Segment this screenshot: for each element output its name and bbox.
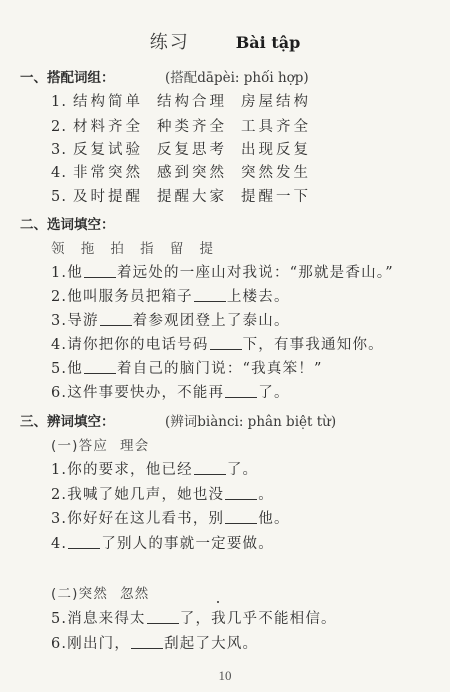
phrase: 及时提醒	[73, 185, 157, 206]
answer-blank[interactable]	[194, 460, 226, 475]
sentence-before: 他叫服务员把箱子	[67, 289, 193, 305]
row-number: 5.	[51, 189, 73, 205]
sentence-after: 了。	[258, 385, 289, 401]
row-number: 2.	[51, 119, 73, 135]
answer-blank[interactable]	[194, 287, 226, 302]
item-number: 6.	[51, 636, 67, 652]
sentence-before: 刚出门，	[67, 636, 130, 652]
item-number: 5.	[51, 611, 67, 627]
title-vietnamese: Bài tập	[236, 33, 300, 52]
page-number: 10	[0, 668, 450, 684]
sentence-after: 。	[258, 487, 274, 503]
row-number: 3.	[51, 142, 73, 158]
item-number: 5.	[51, 361, 67, 377]
section3-heading: 三、辨词填空： (辨词biànci: phân biệt từ)	[20, 410, 115, 430]
distinguish-item-1: 1.你的要求，他已经了。	[51, 458, 258, 479]
phrase: 工具齐全	[241, 115, 325, 136]
sentence-before: 消息来得太	[67, 611, 146, 627]
answer-blank[interactable]	[131, 634, 163, 649]
answer-blank[interactable]	[210, 335, 242, 350]
distinguish-item-6: 6.刚出门，刮起了大风。	[51, 632, 258, 653]
sentence-after: 下，有事我通知你。	[243, 337, 384, 353]
word-bank: 领拖拍指留提	[51, 237, 229, 257]
word-option: 指	[140, 237, 155, 257]
answer-blank[interactable]	[225, 509, 257, 524]
phrase: 结构简单	[73, 90, 157, 111]
phrase: 感到突然	[157, 161, 241, 182]
fill-item-1: 1.他着远处的一座山对我说：“那就是香山。”	[51, 261, 394, 282]
sentence-after: 上楼去。	[227, 289, 290, 305]
print-speck	[217, 601, 219, 603]
sentence-before: 他	[67, 361, 83, 377]
phrase: 反复思考	[157, 138, 241, 159]
phrase-row-5: 5.及时提醒提醒大家提醒一下	[51, 185, 325, 206]
fill-item-2: 2.他叫服务员把箱子上楼去。	[51, 285, 290, 306]
answer-blank[interactable]	[84, 359, 116, 374]
sentence-before: 他	[67, 265, 83, 281]
phrase: 房屋结构	[241, 90, 325, 111]
phrase-row-1: 1.结构简单结构合理房屋结构	[51, 90, 325, 111]
answer-blank[interactable]	[68, 534, 100, 549]
group-word-1: (一)答应	[51, 438, 108, 454]
answer-blank[interactable]	[100, 311, 132, 326]
section2-heading-text: 二、选词填空：	[20, 217, 115, 233]
group-word-2: 忽然	[120, 586, 149, 602]
item-number: 1.	[51, 265, 67, 281]
item-number: 4.	[51, 536, 67, 552]
sentence-before: 你好好在这儿看书，别	[67, 511, 224, 527]
answer-blank[interactable]	[225, 485, 257, 500]
section3-heading-text: 三、辨词填空：	[20, 414, 115, 430]
item-number: 4.	[51, 337, 67, 353]
section3-note: (辨词biànci: phân biệt từ)	[165, 410, 336, 430]
sentence-after: 着远处的一座山对我说：“那就是香山。”	[117, 265, 394, 281]
title-chinese: 练习	[150, 32, 190, 53]
section2-heading: 二、选词填空：	[20, 213, 115, 233]
word-option: 领	[51, 237, 66, 257]
group2-label: (二)突然忽然	[51, 582, 149, 602]
fill-item-6: 6.这件事要快办，不能再了。	[51, 381, 290, 402]
word-option: 拖	[81, 237, 96, 257]
answer-blank[interactable]	[84, 263, 116, 278]
item-number: 6.	[51, 385, 67, 401]
sentence-after: 着参观团登上了泰山。	[133, 313, 290, 329]
sentence-after: 了别人的事就一定要做。	[101, 536, 274, 552]
answer-blank[interactable]	[147, 609, 179, 624]
fill-item-3: 3.导游着参观团登上了泰山。	[51, 309, 290, 330]
textbook-page: 练习 Bài tập 一、搭配词组： (搭配dāpèi: phối hợp) 1…	[0, 0, 450, 692]
page-title: 练习 Bài tập	[0, 28, 450, 54]
section1-heading-text: 一、搭配词组：	[20, 70, 115, 86]
item-number: 1.	[51, 462, 67, 478]
section1-note: (搭配dāpèi: phối hợp)	[165, 66, 309, 86]
phrase: 出现反复	[241, 138, 325, 159]
group-word-2: 理会	[120, 438, 149, 454]
group1-label: (一)答应理会	[51, 434, 149, 454]
phrase: 提醒大家	[157, 185, 241, 206]
phrase: 非常突然	[73, 161, 157, 182]
fill-item-5: 5.他着自己的脑门说：“我真笨！”	[51, 357, 323, 378]
row-number: 1.	[51, 94, 73, 110]
phrase: 反复试验	[73, 138, 157, 159]
sentence-before: 这件事要快办，不能再	[67, 385, 224, 401]
distinguish-item-2: 2.我喊了她几声，她也没。	[51, 483, 274, 504]
item-number: 3.	[51, 511, 67, 527]
phrase: 材料齐全	[73, 115, 157, 136]
fill-item-4: 4.请你把你的电话号码下，有事我通知你。	[51, 333, 384, 354]
sentence-before: 导游	[67, 313, 98, 329]
sentence-before: 我喊了她几声，她也没	[67, 487, 224, 503]
word-option: 提	[200, 237, 215, 257]
answer-blank[interactable]	[225, 383, 257, 398]
distinguish-item-5: 5.消息来得太了，我几乎不能相信。	[51, 607, 337, 628]
phrase-row-4: 4.非常突然感到突然突然发生	[51, 161, 325, 182]
phrase: 提醒一下	[241, 185, 325, 206]
row-number: 4.	[51, 165, 73, 181]
phrase: 突然发生	[241, 161, 325, 182]
distinguish-item-4: 4.了别人的事就一定要做。	[51, 532, 274, 553]
sentence-after: 着自己的脑门说：“我真笨！”	[117, 361, 323, 377]
item-number: 2.	[51, 289, 67, 305]
phrase-row-3: 3.反复试验反复思考出现反复	[51, 138, 325, 159]
phrase: 种类齐全	[157, 115, 241, 136]
section1-heading: 一、搭配词组： (搭配dāpèi: phối hợp)	[20, 66, 115, 86]
sentence-after: 刮起了大风。	[164, 636, 258, 652]
distinguish-item-3: 3.你好好在这儿看书，别他。	[51, 507, 290, 528]
sentence-after: 了，我几乎不能相信。	[180, 611, 337, 627]
word-option: 留	[170, 237, 185, 257]
item-number: 2.	[51, 487, 67, 503]
word-option: 拍	[110, 237, 125, 257]
group-word-1: (二)突然	[51, 586, 108, 602]
sentence-after: 他。	[258, 511, 289, 527]
sentence-before: 你的要求，他已经	[67, 462, 193, 478]
sentence-after: 了。	[227, 462, 258, 478]
sentence-before: 请你把你的电话号码	[67, 337, 208, 353]
item-number: 3.	[51, 313, 67, 329]
phrase: 结构合理	[157, 90, 241, 111]
phrase-row-2: 2.材料齐全种类齐全工具齐全	[51, 115, 325, 136]
